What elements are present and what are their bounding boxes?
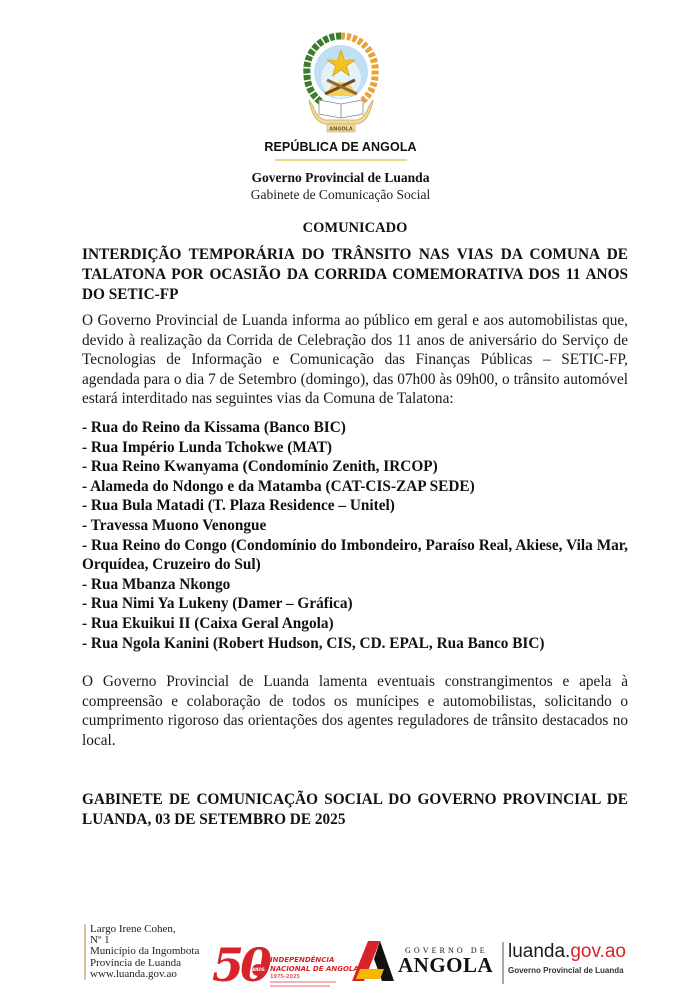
- address-block: Largo Irene Cohen, Nº 1 Município da Ing…: [84, 924, 199, 980]
- url-accent: gov.ao: [570, 941, 626, 962]
- list-item: - Rua Império Lunda Tchokwe (MAT): [82, 438, 628, 458]
- 50-anos-independence-logo-icon: 50 ANOS INDEPENDÊNCIA NACIONAL DE ANGOLA…: [212, 940, 344, 1000]
- closed-streets-list: - Rua do Reino da Kissama (Banco BIC) - …: [82, 418, 628, 653]
- logo-line1: INDEPENDÊNCIA: [270, 956, 334, 964]
- list-item: - Travessa Muono Venongue: [82, 516, 628, 536]
- governo-de-angola-logo-icon: GOVERNO DE ANGOLA: [350, 939, 500, 989]
- list-item: - Alameda do Ndongo e da Matamba (CAT-CI…: [82, 477, 628, 497]
- list-item: - Rua Reino do Congo (Condomínio do Imbo…: [82, 536, 628, 575]
- government-name: Governo Provincial de Luanda: [0, 170, 681, 186]
- intro-paragraph: O Governo Provincial de Luanda informa a…: [82, 311, 628, 409]
- website-link[interactable]: www.luanda.gov.ao: [90, 969, 199, 980]
- logo-divider: [502, 942, 504, 984]
- logo-anos-badge: ANOS: [252, 964, 264, 976]
- headline: INTERDIÇÃO TEMPORÁRIA DO TRÂNSITO NAS VI…: [82, 245, 628, 305]
- luanda-gov-url[interactable]: luanda.gov.ao: [508, 940, 626, 964]
- angola-coat-of-arms-icon: ANGOLA: [303, 30, 379, 138]
- document-type: COMUNICADO: [82, 220, 628, 237]
- list-item: - Rua Reino Kwanyama (Condomínio Zenith,…: [82, 457, 628, 477]
- press-release-body: COMUNICADO INTERDIÇÃO TEMPORÁRIA DO TRÂN…: [82, 220, 628, 830]
- list-item: - Rua Bula Matadi (T. Plaza Residence – …: [82, 496, 628, 516]
- svg-text:ANGOLA: ANGOLA: [329, 127, 353, 133]
- list-item: - Rua Nimi Ya Lukeny (Damer – Gráfica): [82, 594, 628, 614]
- list-item: - Rua Ekuikui II (Caixa Geral Angola): [82, 614, 628, 634]
- logo-tagline-bar: [270, 985, 330, 987]
- closing-paragraph: O Governo Provincial de Luanda lamenta e…: [82, 672, 628, 750]
- letterhead: ANGOLA REPÚBLICA DE ANGOLA Governo Provi…: [0, 30, 681, 203]
- footer: Largo Irene Cohen, Nº 1 Município da Ing…: [0, 918, 681, 998]
- list-item: - Rua do Reino da Kissama (Banco BIC): [82, 418, 628, 438]
- republic-title: REPÚBLICA DE ANGOLA: [0, 140, 681, 154]
- cabinet-name: Gabinete de Comunicação Social: [0, 187, 681, 203]
- luanda-gov-logo: luanda.gov.ao Governo Provincial de Luan…: [508, 940, 626, 975]
- logo-tagline-bar: [270, 981, 336, 983]
- angola-text: ANGOLA: [398, 953, 493, 978]
- logo-line2: NACIONAL DE ANGOLA: [270, 965, 359, 973]
- address-line: Município da Ingombota: [90, 946, 199, 957]
- logo-years: 1975-2025: [270, 974, 300, 980]
- url-main: luanda.: [508, 941, 570, 962]
- list-item: - Rua Mbanza Nkongo: [82, 575, 628, 595]
- gold-divider: [275, 159, 407, 161]
- luanda-gov-subtitle: Governo Provincial de Luanda: [508, 966, 626, 975]
- angola-a-mark-icon: [350, 939, 396, 983]
- signature-line: GABINETE DE COMUNICAÇÃO SOCIAL DO GOVERN…: [82, 790, 628, 830]
- list-item: - Rua Ngola Kanini (Robert Hudson, CIS, …: [82, 634, 628, 654]
